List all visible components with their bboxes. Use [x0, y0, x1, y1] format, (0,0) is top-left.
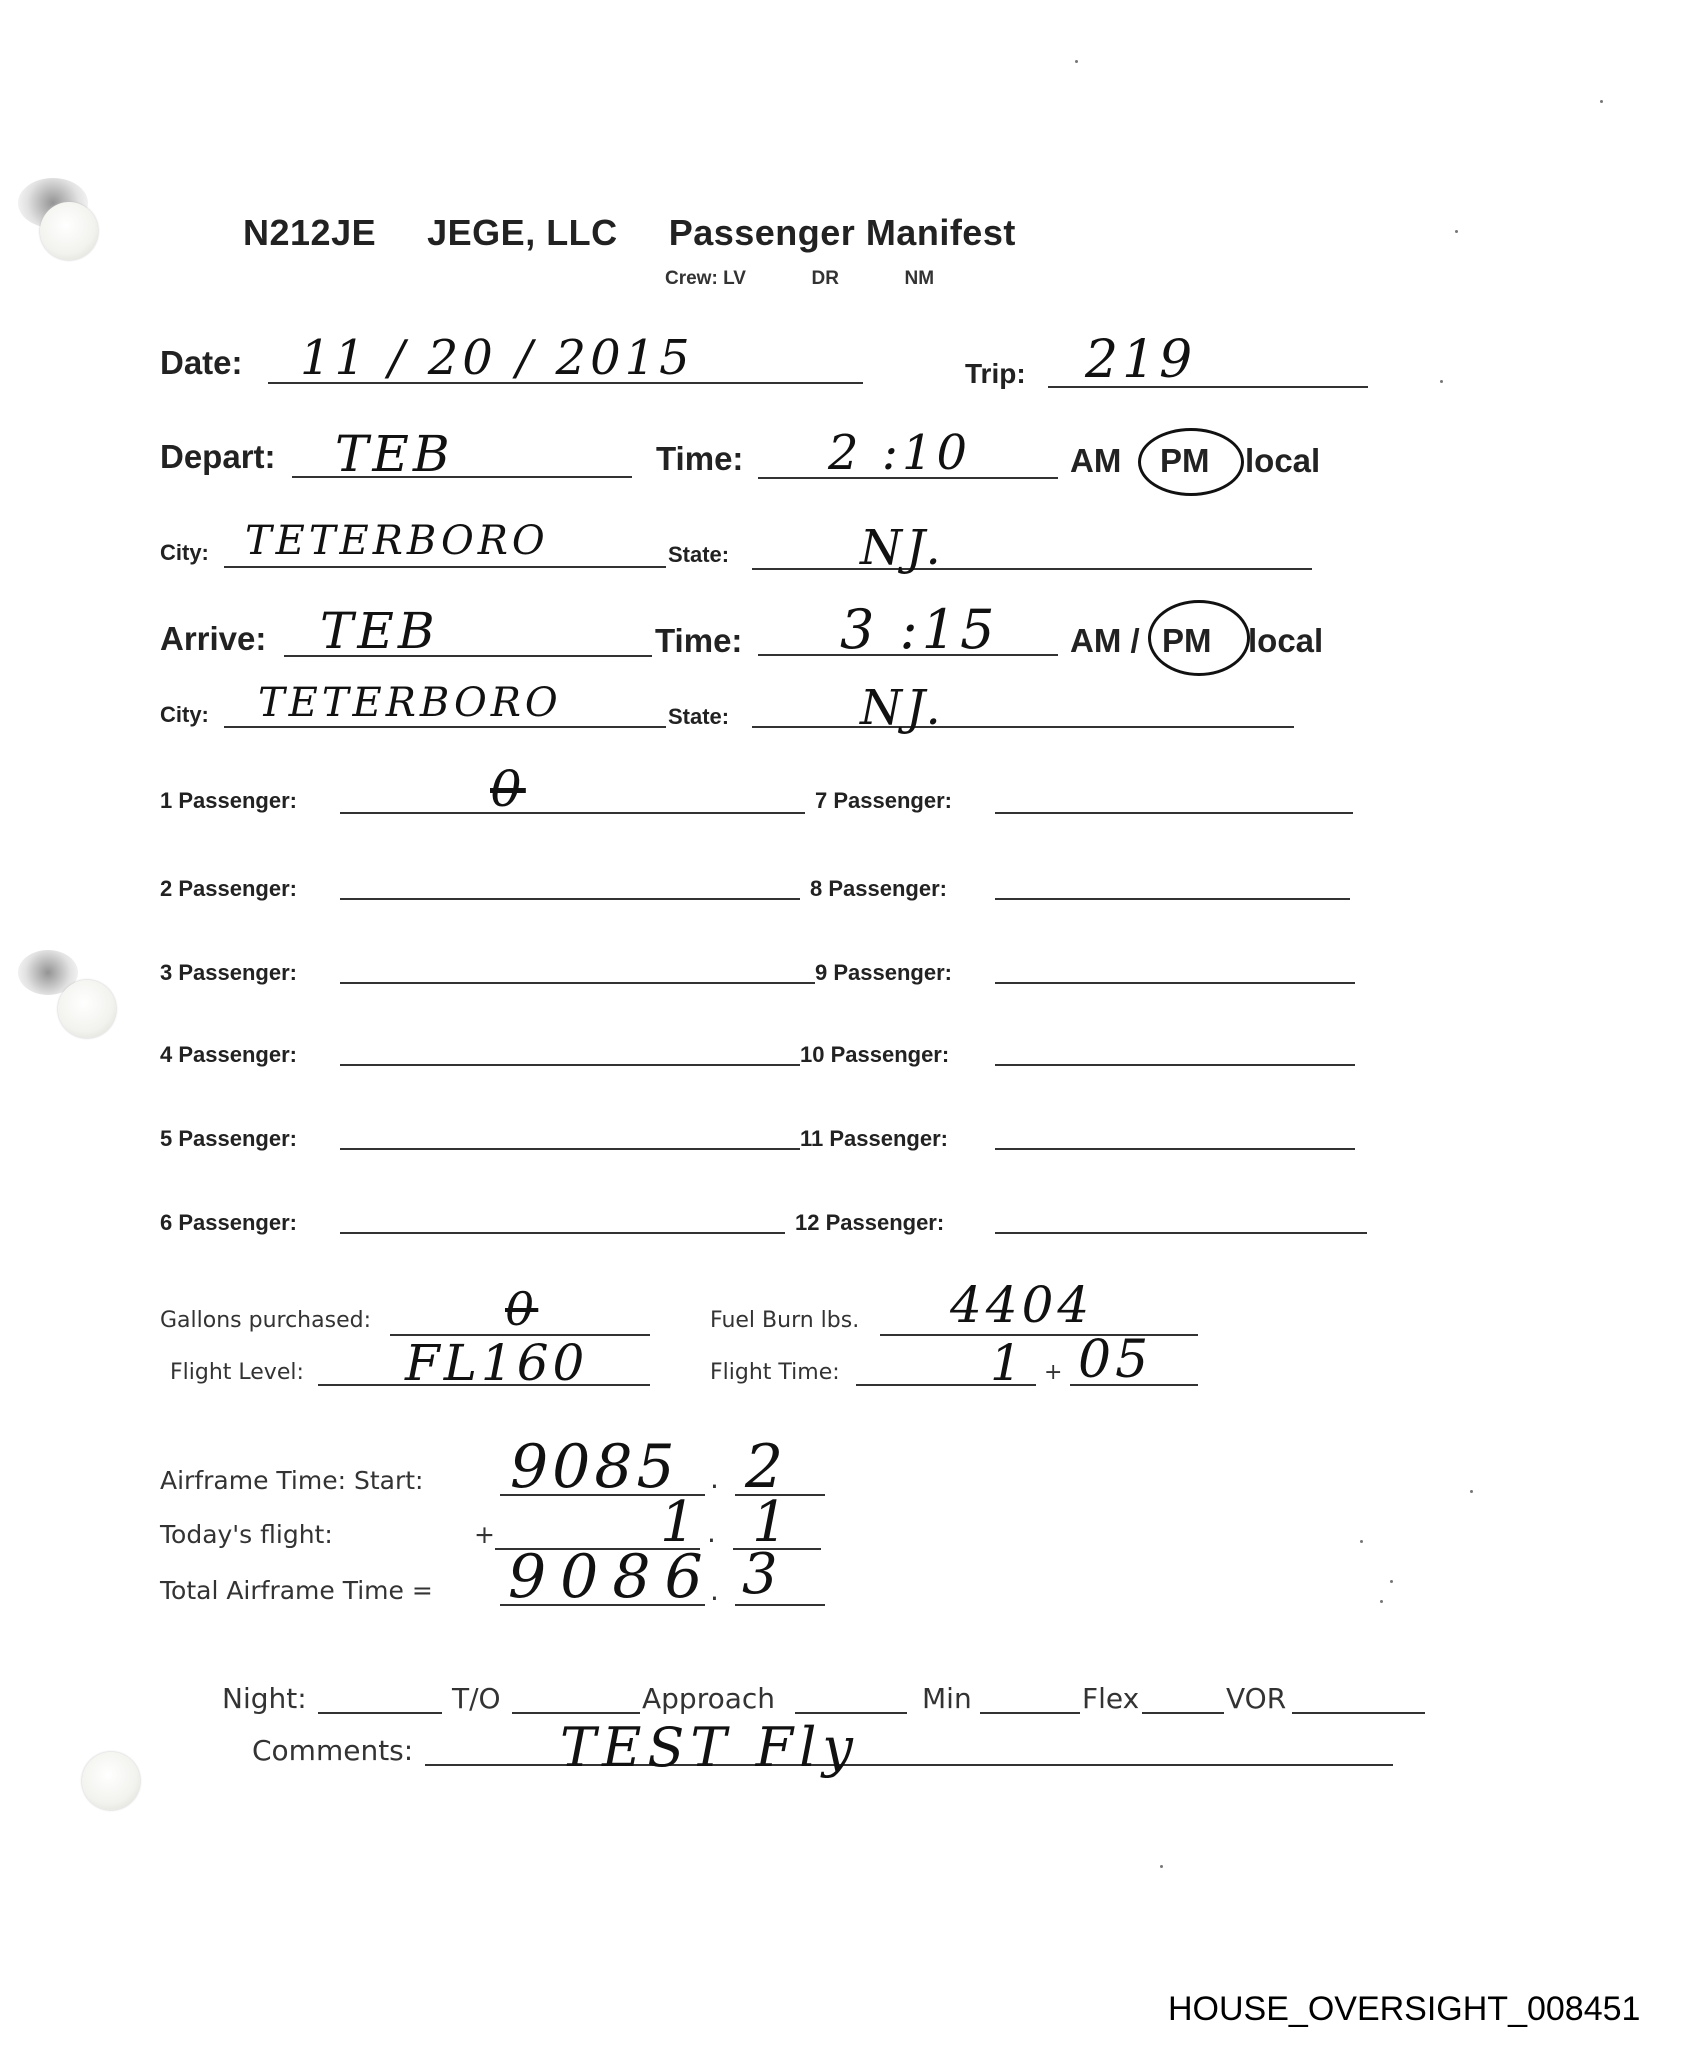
depart-am-option[interactable]: AM	[1070, 442, 1121, 480]
arrive-label: Arrive:	[160, 620, 266, 658]
flex-field[interactable]	[1142, 1712, 1224, 1714]
bates-number: HOUSE_OVERSIGHT_008451	[1168, 1990, 1640, 2029]
passenger-8-label: 8 Passenger:	[810, 876, 947, 902]
gallons-field[interactable]: 0	[505, 1282, 538, 1336]
date-label: Date:	[160, 344, 243, 382]
passenger-3-label: 3 Passenger:	[160, 960, 297, 986]
depart-local-label: local	[1245, 442, 1320, 480]
depart-airport-field[interactable]: TEB	[335, 425, 454, 483]
min-label: Min	[922, 1682, 972, 1715]
crew-member: DR	[812, 268, 839, 289]
comments-label: Comments:	[252, 1734, 413, 1767]
trip-label: Trip:	[965, 358, 1026, 390]
flight-level-label: Flight Level:	[170, 1360, 304, 1385]
passenger-10-field[interactable]	[995, 1064, 1355, 1066]
flight-time-plus: +	[1044, 1360, 1062, 1385]
arrive-state-label: State:	[668, 704, 729, 730]
airframe-start-label: Airframe Time: Start:	[160, 1466, 423, 1495]
arrive-city-field[interactable]: TETERBORO	[258, 680, 562, 726]
passenger-9-label: 9 Passenger:	[815, 960, 952, 986]
takeoff-label: T/O	[452, 1682, 501, 1715]
arrive-time-field[interactable]: 3 :15	[840, 598, 998, 661]
passenger-1-label: 1 Passenger:	[160, 788, 297, 814]
airframe-start-whole-field[interactable]: 9085	[510, 1432, 679, 1502]
date-field[interactable]: 11 / 20 / 2015	[300, 330, 694, 386]
todays-flight-label: Today's flight:	[160, 1520, 333, 1549]
passenger-9-field[interactable]	[995, 982, 1355, 984]
crew-member: LV	[723, 268, 746, 289]
flight-time-hours-field[interactable]: 1	[990, 1334, 1026, 1392]
night-label: Night:	[222, 1682, 307, 1715]
depart-city-label: City:	[160, 540, 209, 566]
passenger-5-label: 5 Passenger:	[160, 1126, 297, 1152]
arrive-am-option[interactable]: AM /	[1070, 622, 1140, 660]
passenger-4-label: 4 Passenger:	[160, 1042, 297, 1068]
depart-time-field[interactable]: 2 :10	[828, 425, 971, 481]
crew-member: NM	[905, 268, 935, 289]
approach-label: Approach	[642, 1682, 775, 1715]
arrive-city-label: City:	[160, 702, 209, 728]
trip-field[interactable]: 219	[1085, 330, 1196, 390]
company-name: JEGE, LLC	[427, 212, 618, 253]
form-header: N212JE JEGE, LLC Passenger Manifest	[243, 212, 1016, 254]
passenger-11-field[interactable]	[995, 1148, 1355, 1150]
punch-hole-bottom	[82, 1752, 140, 1810]
depart-city-field[interactable]: TETERBORO	[245, 518, 549, 564]
passenger-12-label: 12 Passenger:	[795, 1210, 944, 1236]
depart-time-label: Time:	[656, 440, 743, 478]
arrive-local-label: local	[1248, 622, 1323, 660]
passenger-11-label: 11 Passenger:	[800, 1126, 948, 1152]
punch-hole-middle	[58, 980, 116, 1038]
tail-number: N212JE	[243, 212, 376, 253]
passenger-3-field[interactable]	[340, 982, 815, 984]
passenger-6-label: 6 Passenger:	[160, 1210, 297, 1236]
fuel-burn-label: Fuel Burn lbs.	[710, 1308, 859, 1333]
fuel-burn-field[interactable]: 4404	[950, 1276, 1093, 1334]
approach-field[interactable]	[795, 1712, 907, 1714]
arrive-state-field[interactable]: NJ.	[860, 680, 945, 736]
flex-label: Flex	[1082, 1682, 1139, 1715]
punch-hole-top	[40, 202, 98, 260]
total-airframe-tenth-field[interactable]: 3	[742, 1542, 782, 1607]
pm-selected-circle	[1148, 600, 1250, 676]
passenger-5-field[interactable]	[340, 1148, 800, 1150]
form-title: Passenger Manifest	[669, 212, 1016, 253]
vor-label: VOR	[1226, 1682, 1286, 1715]
passenger-8-field[interactable]	[995, 898, 1350, 900]
arrive-airport-field[interactable]: TEB	[320, 602, 439, 660]
total-airframe-whole-field[interactable]: 9086	[508, 1542, 717, 1612]
pm-selected-circle	[1138, 428, 1244, 496]
passenger-6-field[interactable]	[340, 1232, 785, 1234]
night-field[interactable]	[318, 1712, 442, 1714]
passenger-12-field[interactable]	[995, 1232, 1367, 1234]
flight-time-label: Flight Time:	[710, 1360, 840, 1385]
passenger-7-label: 7 Passenger:	[815, 788, 952, 814]
passenger-2-field[interactable]	[340, 898, 800, 900]
crew-line: Crew: LV DR NM	[665, 268, 934, 290]
flight-level-field[interactable]: FL160	[405, 1334, 588, 1392]
depart-state-label: State:	[668, 542, 729, 568]
passenger-10-label: 10 Passenger:	[800, 1042, 949, 1068]
depart-label: Depart:	[160, 438, 276, 476]
total-airframe-label: Total Airframe Time =	[160, 1576, 433, 1605]
passenger-4-field[interactable]	[340, 1064, 800, 1066]
comments-field[interactable]: TEST Fly	[560, 1716, 859, 1779]
passenger-7-field[interactable]	[995, 812, 1353, 814]
passenger-1-field[interactable]: 0	[490, 760, 526, 818]
min-field[interactable]	[980, 1712, 1080, 1714]
vor-field[interactable]	[1292, 1712, 1425, 1714]
takeoff-field[interactable]	[512, 1712, 640, 1714]
gallons-label: Gallons purchased:	[160, 1308, 371, 1333]
passenger-2-label: 2 Passenger:	[160, 876, 297, 902]
flight-time-minutes-field[interactable]: 05	[1078, 1330, 1152, 1390]
depart-state-field[interactable]: NJ.	[860, 520, 945, 576]
arrive-time-label: Time:	[655, 622, 742, 660]
